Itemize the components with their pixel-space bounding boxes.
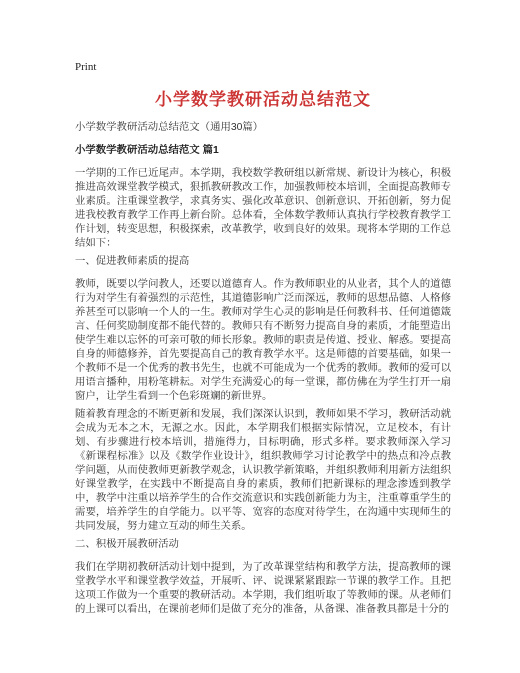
page-title: 小学数学教研活动总结范文 [75,89,451,111]
section-2-paragraph-1: 我们在学期初教研活动计划中提到，为了改革课堂结构和教学方法，提高教师的课堂教学水… [75,561,451,617]
subtitle: 小学数学教研活动总结范文（通用30篇） [75,121,451,135]
document-page: Print 小学数学教研活动总结范文 小学数学教研活动总结范文（通用30篇） 小… [0,0,520,673]
section-heading-1: 一、促进教师素质的提高 [75,255,451,269]
section-1-paragraph-2: 随着教育理念的不断更新和发展，我们深深认识到，教师如果不学习，教研活动就会成为无… [75,408,451,534]
print-link[interactable]: Print [75,61,96,74]
article-part-heading: 小学数学教研活动总结范文 篇1 [75,144,451,158]
section-1-paragraph-1: 教师，既要以学问教人，还要以道德育人。作为教师职业的从业者，其个人的道德行为对学… [75,278,451,404]
section-heading-2: 二、积极开展教研活动 [75,538,451,552]
intro-paragraph: 一学期的工作已近尾声。本学期，我校数学教研组以新常规、新设计为核心，积极推进高效… [75,167,451,251]
